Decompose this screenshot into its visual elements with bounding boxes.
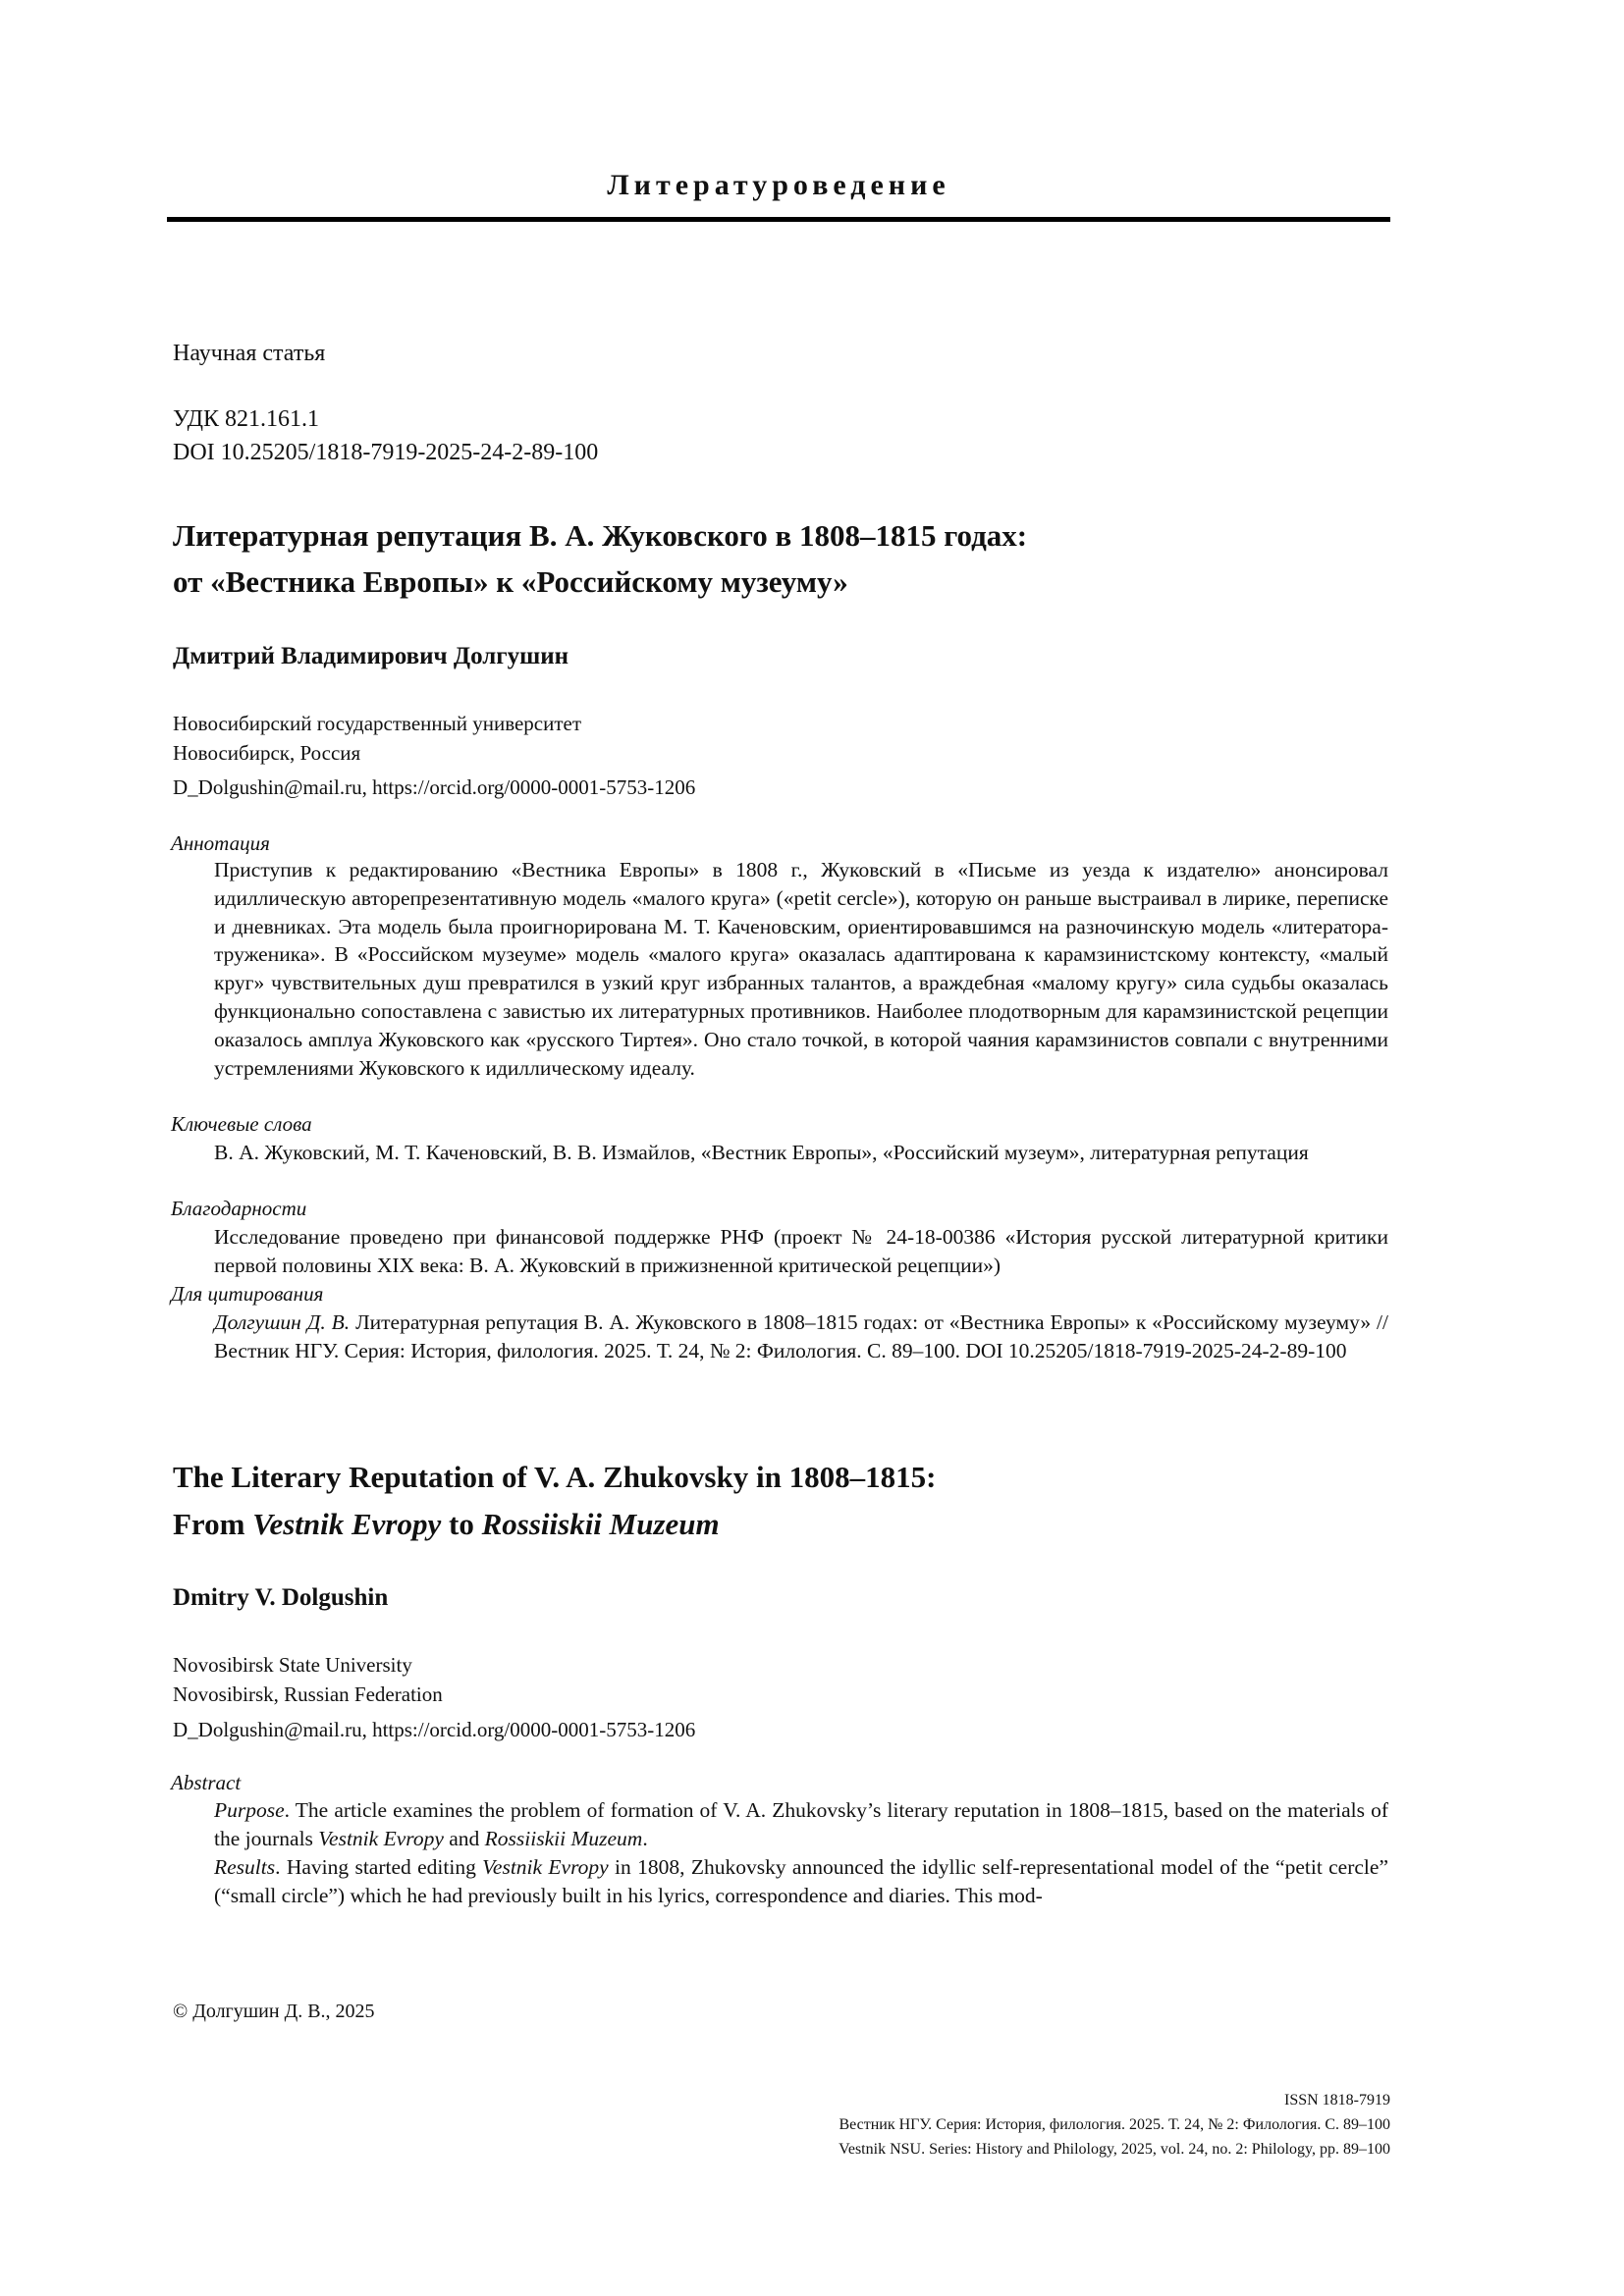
doi[interactable]: DOI 10.25205/1818-7919-2025-24-2-89-100 — [173, 436, 598, 469]
ru-author: Дмитрий Владимирович Долгушин — [173, 643, 568, 670]
acknowledgements-label: Благодарности — [171, 1197, 306, 1221]
copyright: © Долгушин Д. В., 2025 — [173, 1996, 375, 2028]
purpose-label: Purpose — [214, 1798, 285, 1822]
acknowledgements-text: Исследование проведено при финансовой по… — [214, 1223, 1388, 1280]
citation-label: Для цитирования — [171, 1282, 323, 1307]
en-title-journal1: Vestnik Evropy — [252, 1507, 441, 1541]
annotation-text: Приступив к редактированию «Вестника Евр… — [214, 856, 1388, 1082]
en-city: Novosibirsk, Russian Federation — [173, 1679, 443, 1711]
section-heading: Литературоведение — [167, 169, 1390, 202]
en-title-journal2: Rossiiskii Muzeum — [482, 1507, 720, 1541]
keywords-text: В. А. Жуковский, М. Т. Каченовский, В. В… — [214, 1139, 1388, 1167]
en-affiliation: Novosibirsk State University — [173, 1649, 412, 1682]
ru-city: Новосибирск, Россия — [173, 737, 360, 770]
results-journal: Vestnik Evropy — [482, 1855, 609, 1879]
annotation-label: Аннотация — [171, 831, 270, 856]
ru-contacts[interactable]: D_Dolgushin@mail.ru, https://orcid.org/0… — [173, 772, 695, 804]
ru-affiliation: Новосибирский государственный университе… — [173, 708, 581, 740]
abstract-label: Abstract — [171, 1771, 241, 1795]
en-contacts[interactable]: D_Dolgushin@mail.ru, https://orcid.org/0… — [173, 1714, 695, 1746]
purpose-journal2: Rossiiskii Muzeum — [485, 1827, 643, 1850]
en-title-line2: From Vestnik Evropy to Rossiiskii Muzeum — [173, 1502, 720, 1547]
citation-body: Литературная репутация В. А. Жуковского … — [214, 1310, 1388, 1362]
results-text-a: . Having started editing — [275, 1855, 482, 1879]
results-label: Results — [214, 1855, 275, 1879]
footer-ru-journal: Вестник НГУ. Серия: История, филология. … — [839, 2112, 1390, 2137]
purpose-journal1: Vestnik Evropy — [318, 1827, 444, 1850]
footer-issn: ISSN 1818-7919 — [1284, 2088, 1390, 2112]
en-title-from: From — [173, 1507, 252, 1541]
en-author: Dmitry V. Dolgushin — [173, 1584, 388, 1612]
ru-title-line2: от «Вестника Европы» к «Российскому музе… — [173, 560, 848, 605]
udk: УДК 821.161.1 — [173, 402, 319, 436]
article-type: Научная статья — [173, 337, 325, 370]
footer-en-journal: Vestnik NSU. Series: History and Philolo… — [839, 2137, 1390, 2162]
abstract-results: Results. Having started editing Vestnik … — [214, 1853, 1388, 1910]
citation-author: Долгушин Д. В. — [214, 1310, 350, 1334]
keywords-label: Ключевые слова — [171, 1112, 312, 1137]
en-title-to: to — [441, 1507, 481, 1541]
abstract-purpose: Purpose. The article examines the proble… — [214, 1796, 1388, 1853]
ru-title-line1: Литературная репутация В. А. Жуковского … — [173, 513, 1027, 559]
citation-text: Долгушин Д. В. Литературная репутация В.… — [214, 1308, 1388, 1365]
en-title-line1: The Literary Reputation of V. A. Zhukovs… — [173, 1455, 936, 1500]
purpose-and: and — [444, 1827, 485, 1850]
purpose-end: . — [642, 1827, 647, 1850]
header-rule — [167, 217, 1390, 222]
